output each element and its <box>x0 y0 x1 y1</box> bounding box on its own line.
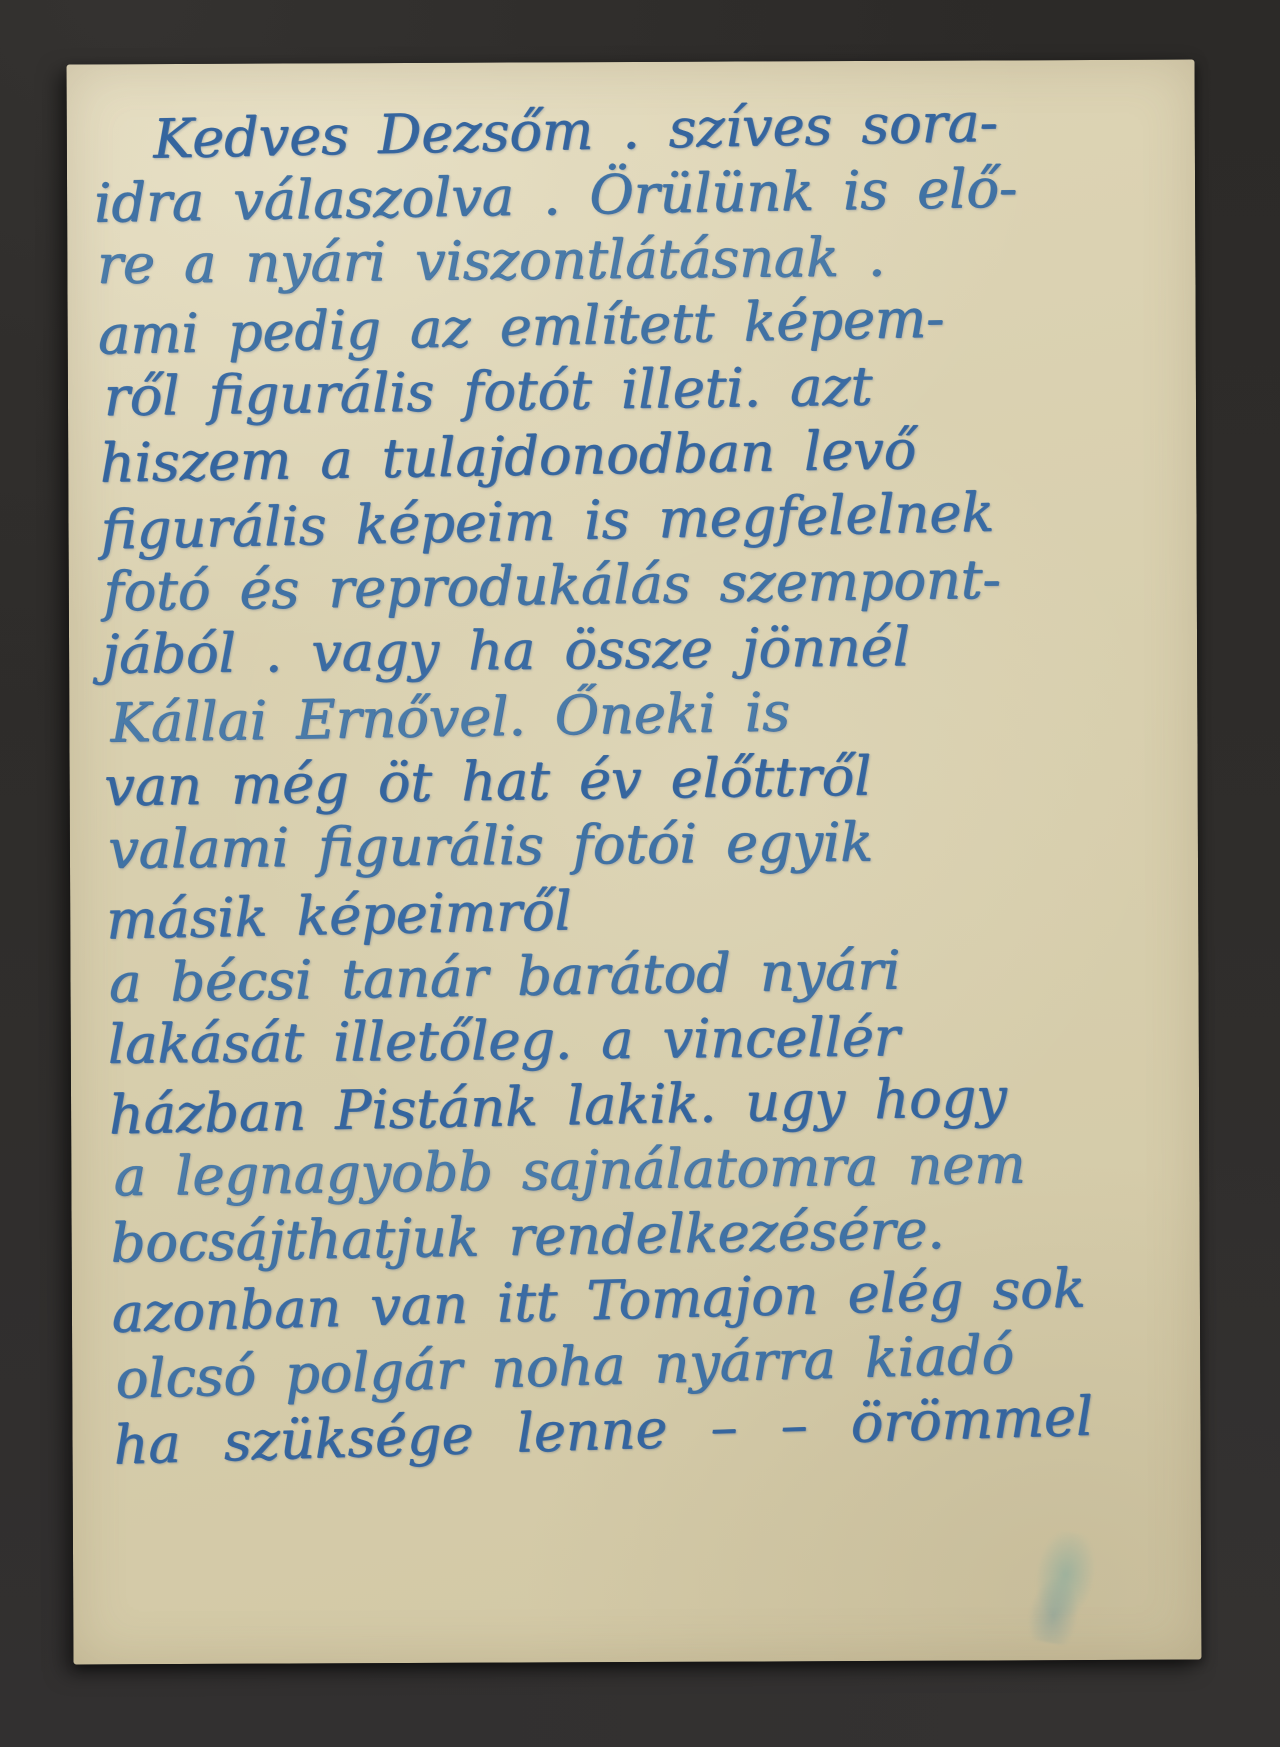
photo-background: Kedves Dezsőm . szíves sora- idra válasz… <box>0 0 1280 1747</box>
letter-card: Kedves Dezsőm . szíves sora- idra válasz… <box>67 60 1202 1665</box>
letter-text: Kedves Dezsőm . szíves sora- idra válasz… <box>95 89 1199 1469</box>
ink-smudge <box>1012 1526 1114 1651</box>
